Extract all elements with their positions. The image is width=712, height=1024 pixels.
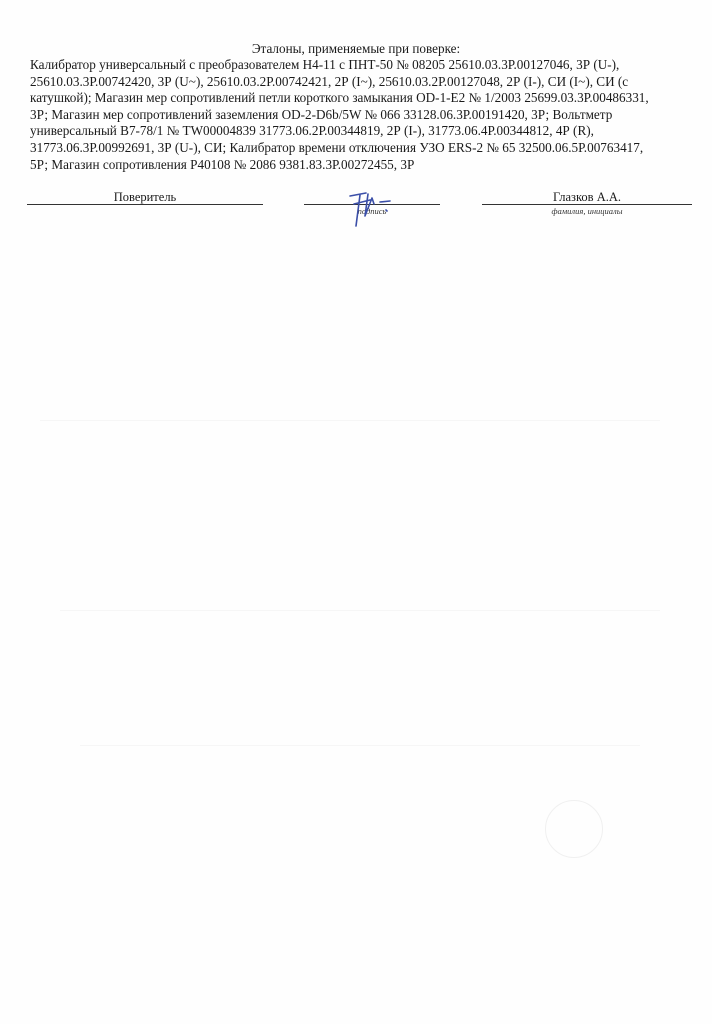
standards-line: 3Р; Магазин мер сопротивлений заземления… [30,107,692,124]
standards-line: универсальный В7-78/1 № TW00004839 31773… [30,123,692,140]
name-field: Глазков А.А. фамилия, инициалы [482,190,692,216]
standards-line: 5Р; Магазин сопротивления Р40108 № 2086 … [30,157,692,174]
scan-artifact [60,610,660,611]
faded-stamp-icon [545,800,603,858]
verifier-line [27,204,263,205]
handwritten-signature-icon [340,186,400,230]
scan-artifact [40,420,660,421]
document-page: Эталоны, применяемые при поверке: Калибр… [0,0,712,1024]
standards-line: катушкой); Магазин мер сопротивлений пет… [30,90,692,107]
standards-line: 25610.03.3Р.00742420, 3Р (U~), 25610.03.… [30,74,692,91]
name-caption: фамилия, инициалы [482,206,692,216]
standards-list: Калибратор универсальный с преобразовате… [30,57,692,173]
verifier-field: Поверитель [27,190,263,205]
standards-line: Калибратор универсальный с преобразовате… [30,57,692,74]
standards-heading: Эталоны, применяемые при поверке: [0,41,712,57]
name-line [482,204,692,205]
verifier-name: Глазков А.А. [482,190,692,204]
scan-artifact [80,745,640,746]
standards-line: 31773.06.3Р.00992691, 3Р (U-), СИ; Калиб… [30,140,692,157]
verifier-label: Поверитель [27,190,263,204]
